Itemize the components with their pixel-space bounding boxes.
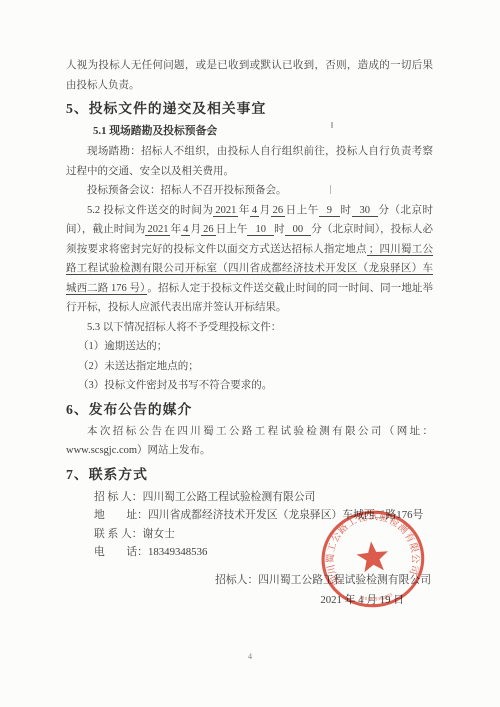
company-seal-stamp: 四川蜀工公路工程试验检测有限公司 5101009302993 [314, 504, 432, 617]
contact-value: 谢女士 [143, 528, 175, 540]
filled-blank-year: 2021 [213, 205, 238, 217]
contact-label: 联 系 人： [94, 528, 143, 540]
filled-blank-year: 2021 [145, 224, 170, 236]
contact-label: 地 址： [94, 509, 148, 521]
text-segment: 月 [190, 224, 201, 235]
site-visit-paragraph: 现场踏勘：招标人不组织，由投标人自行组织前往，投标人自行负责考察过程中的交通、安… [66, 142, 433, 181]
text-segment: 年 [238, 205, 250, 216]
section-5-2-paragraph: 5.2 投标文件送交的时间为2021年4月26日上午9时30分（北京时间），截止… [66, 201, 433, 318]
rejection-item-2: （2）未送达指定地点的； [66, 357, 433, 377]
contact-row-tenderer: 招 标 人：四川蜀工公路工程试验检测有限公司 [94, 488, 433, 507]
filled-blank-day: 26 [271, 205, 286, 217]
intro-paragraph: 人视为投标人无任何问题，或是已收到或默认已收到，否则，造成的一切后果由投标人负责… [66, 56, 433, 95]
section-5-1-heading: 5.1 现场踏勘及投标预备会 [66, 121, 433, 142]
rejection-item-3: （3）投标文件密封及书写不符合要求的。 [66, 376, 433, 396]
text-segment: 日上午 [285, 205, 319, 216]
text-segment: 年 [170, 224, 181, 235]
rejection-item-1: （1）逾期送达的； [66, 337, 433, 357]
filled-blank-month: 4 [250, 205, 259, 217]
page-number: 4 [0, 652, 500, 661]
document-page: 人视为投标人无任何问题，或是已收到或默认已收到，否则，造成的一切后果由投标人负责… [0, 0, 500, 707]
announcement-media-paragraph: 本次招标公告在四川蜀工公路工程试验检测有限公司（网址：www.scsgjc.co… [66, 422, 433, 461]
filled-blank-day: 26 [201, 224, 216, 236]
section-7-heading: 7、联系方式 [66, 463, 433, 487]
contact-value: 18349348536 [148, 546, 207, 558]
text-segment: 月 [259, 205, 271, 216]
text-segment: 时 [340, 205, 352, 216]
section-5-3-heading: 5.3 以下情况招标人将不予受理投标文件： [66, 318, 433, 338]
text-segment: 5.2 投标文件送交的时间为 [87, 205, 213, 216]
filled-blank-minute: 00 [285, 224, 312, 236]
seal-star-icon [355, 540, 390, 573]
section-5-heading: 5、投标文件的递交及相关事宜 [66, 97, 433, 121]
contact-label: 招 标 人： [94, 491, 143, 503]
section-6-heading: 6、发布公告的媒介 [66, 398, 433, 422]
text-segment: 时 [274, 224, 285, 235]
pre-bid-meeting-paragraph: 投标预备会议：招标人不召开投标预备会。 [66, 181, 433, 201]
text-segment: 日上午 [216, 224, 248, 235]
filled-blank-hour: 9 [319, 205, 340, 217]
filled-blank-hour: 10 [247, 224, 274, 236]
contact-value: 四川蜀工公路工程试验检测有限公司 [143, 491, 316, 503]
filled-blank-minute: 30 [352, 205, 379, 217]
contact-label: 电 话： [94, 546, 148, 558]
